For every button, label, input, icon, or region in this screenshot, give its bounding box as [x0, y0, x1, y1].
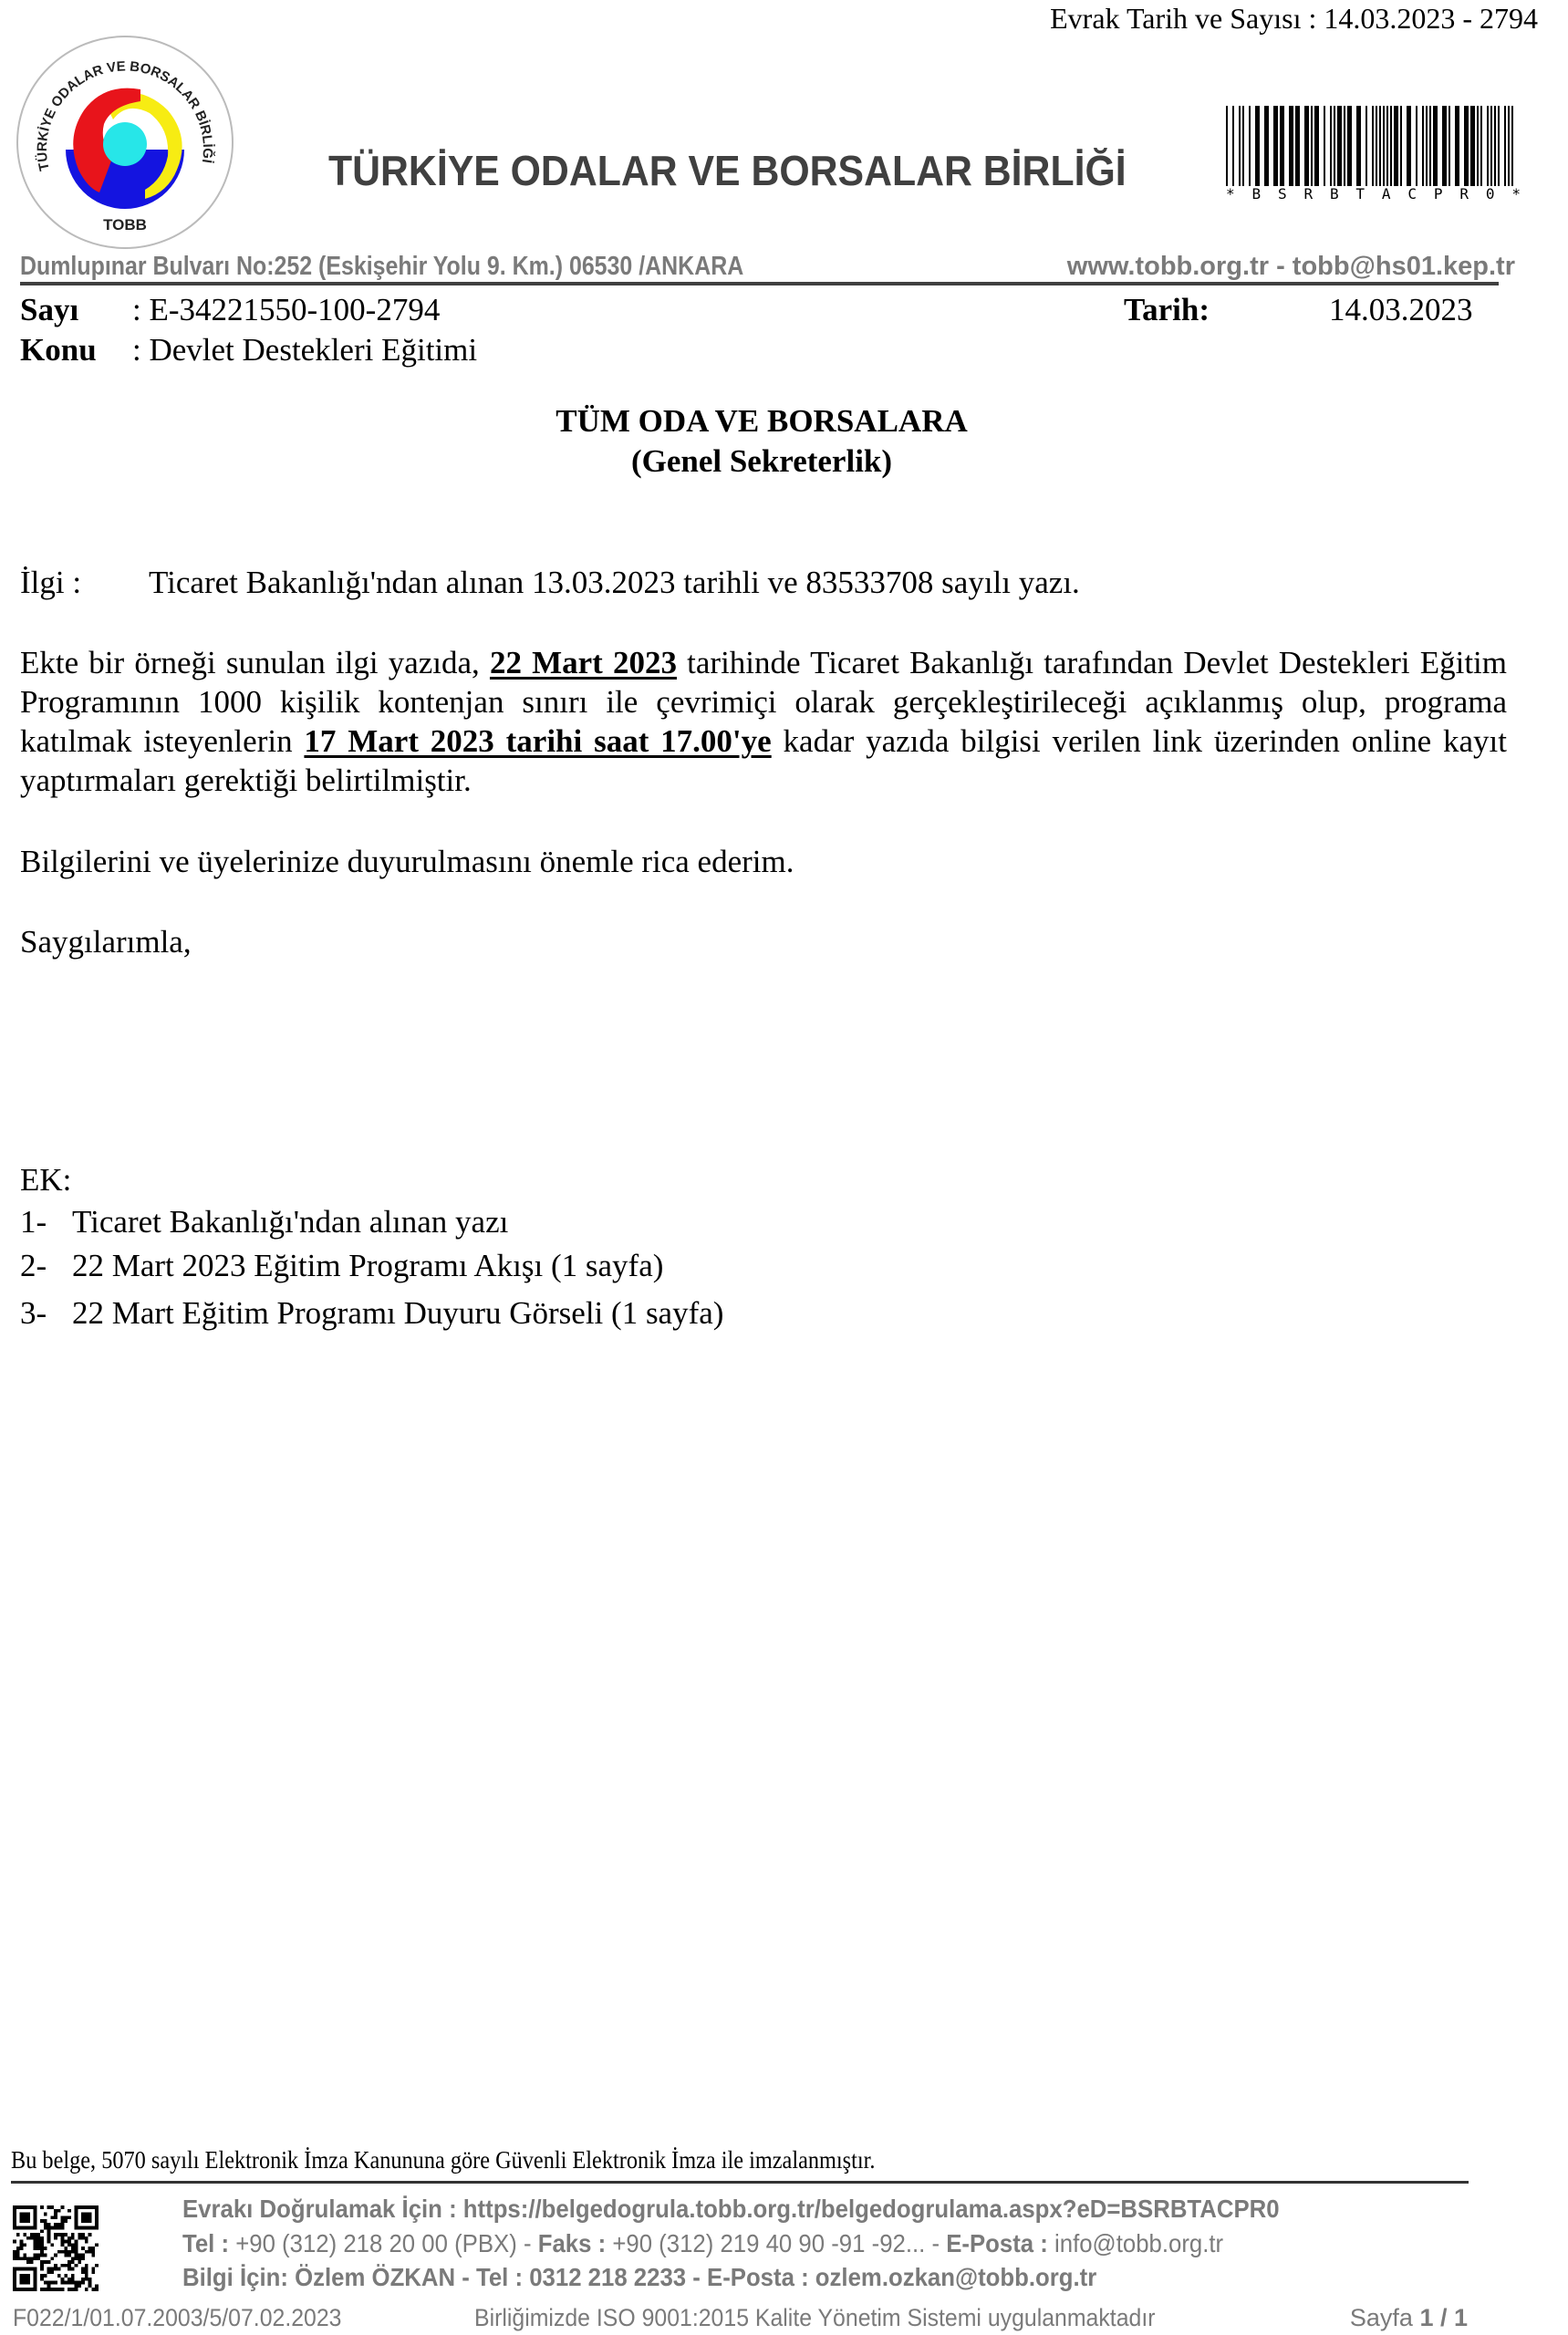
tarih-value: 14.03.2023: [1329, 290, 1473, 330]
attachment-item: 2-22 Mart 2023 Eğitim Programı Akışı (1 …: [20, 1246, 663, 1286]
document-reference: Evrak Tarih ve Sayısı : 14.03.2023 - 279…: [1050, 0, 1538, 36]
tarih-label: Tarih:: [1124, 290, 1210, 330]
esignature-note: Bu belge, 5070 sayılı Elektronik İmza Ka…: [11, 2145, 875, 2174]
verification-link[interactable]: Evrakı Doğrulamak İçin : https://belgedo…: [182, 2194, 1280, 2225]
org-title: TÜRKİYE ODALAR VE BORSALAR BİRLİĞİ: [328, 143, 1127, 198]
closing-salutation: Saygılarımla,: [20, 922, 192, 961]
ilgi-label: İlgi :: [20, 563, 81, 603]
event-date-highlight: 22 Mart 2023: [490, 645, 677, 680]
barcode-icon: [1226, 106, 1521, 186]
addressee-line-1: TÜM ODA VE BORSALARA: [0, 401, 1523, 441]
footer-divider: [11, 2181, 1469, 2184]
attachments-title: EK:: [20, 1160, 71, 1200]
body-paragraph: Ekte bir örneği sunulan ilgi yazıda, 22 …: [20, 643, 1507, 800]
iso-note: Birliğimizde ISO 9001:2015 Kalite Yöneti…: [474, 2303, 1156, 2332]
attachment-item: 3-22 Mart Eğitim Programı Duyuru Görseli…: [20, 1293, 723, 1334]
org-address: Dumlupınar Bulvarı No:252 (Eskişehir Yol…: [20, 250, 743, 283]
info-contact-line: Bilgi İçin: Özlem ÖZKAN - Tel : 0312 218…: [182, 2262, 1096, 2293]
konu-label: Konu: [20, 330, 97, 370]
page-number: Sayfa 1 / 1: [1350, 2303, 1468, 2332]
addressee-line-2: (Genel Sekreterlik): [0, 441, 1523, 482]
attachment-item: 1-Ticaret Bakanlığı'ndan alınan yazı: [20, 1202, 508, 1242]
qr-code-icon: [13, 2205, 99, 2291]
sayi-label: Sayı: [20, 290, 78, 330]
logo-abbrev: TOBB: [103, 216, 147, 233]
org-contact: www.tobb.org.tr - tobb@hs01.kep.tr: [1067, 250, 1515, 283]
konu-value: : Devlet Destekleri Eğitimi: [132, 330, 477, 370]
deadline-highlight: 17 Mart 2023 tarihi saat 17.00'ye: [304, 723, 771, 759]
body-text: Ekte bir örneği sunulan ilgi yazıda,: [20, 645, 490, 680]
barcode-label: *BSRBTACPR0*: [1226, 185, 1521, 202]
header-divider: [20, 282, 1499, 285]
sayi-value: : E-34221550-100-2794: [132, 290, 440, 330]
ilgi-text: Ticaret Bakanlığı'ndan alınan 13.03.2023…: [149, 563, 1080, 603]
contact-line: Tel : +90 (312) 218 20 00 (PBX) - Faks :…: [182, 2228, 1223, 2259]
request-paragraph: Bilgilerini ve üyelerinize duyurulmasını…: [20, 842, 794, 881]
tobb-logo-icon: TÜRKİYE ODALAR VE BORSALAR BİRLİĞİ TOBB: [13, 33, 237, 252]
form-code: F022/1/01.07.2003/5/07.02.2023: [13, 2303, 341, 2332]
